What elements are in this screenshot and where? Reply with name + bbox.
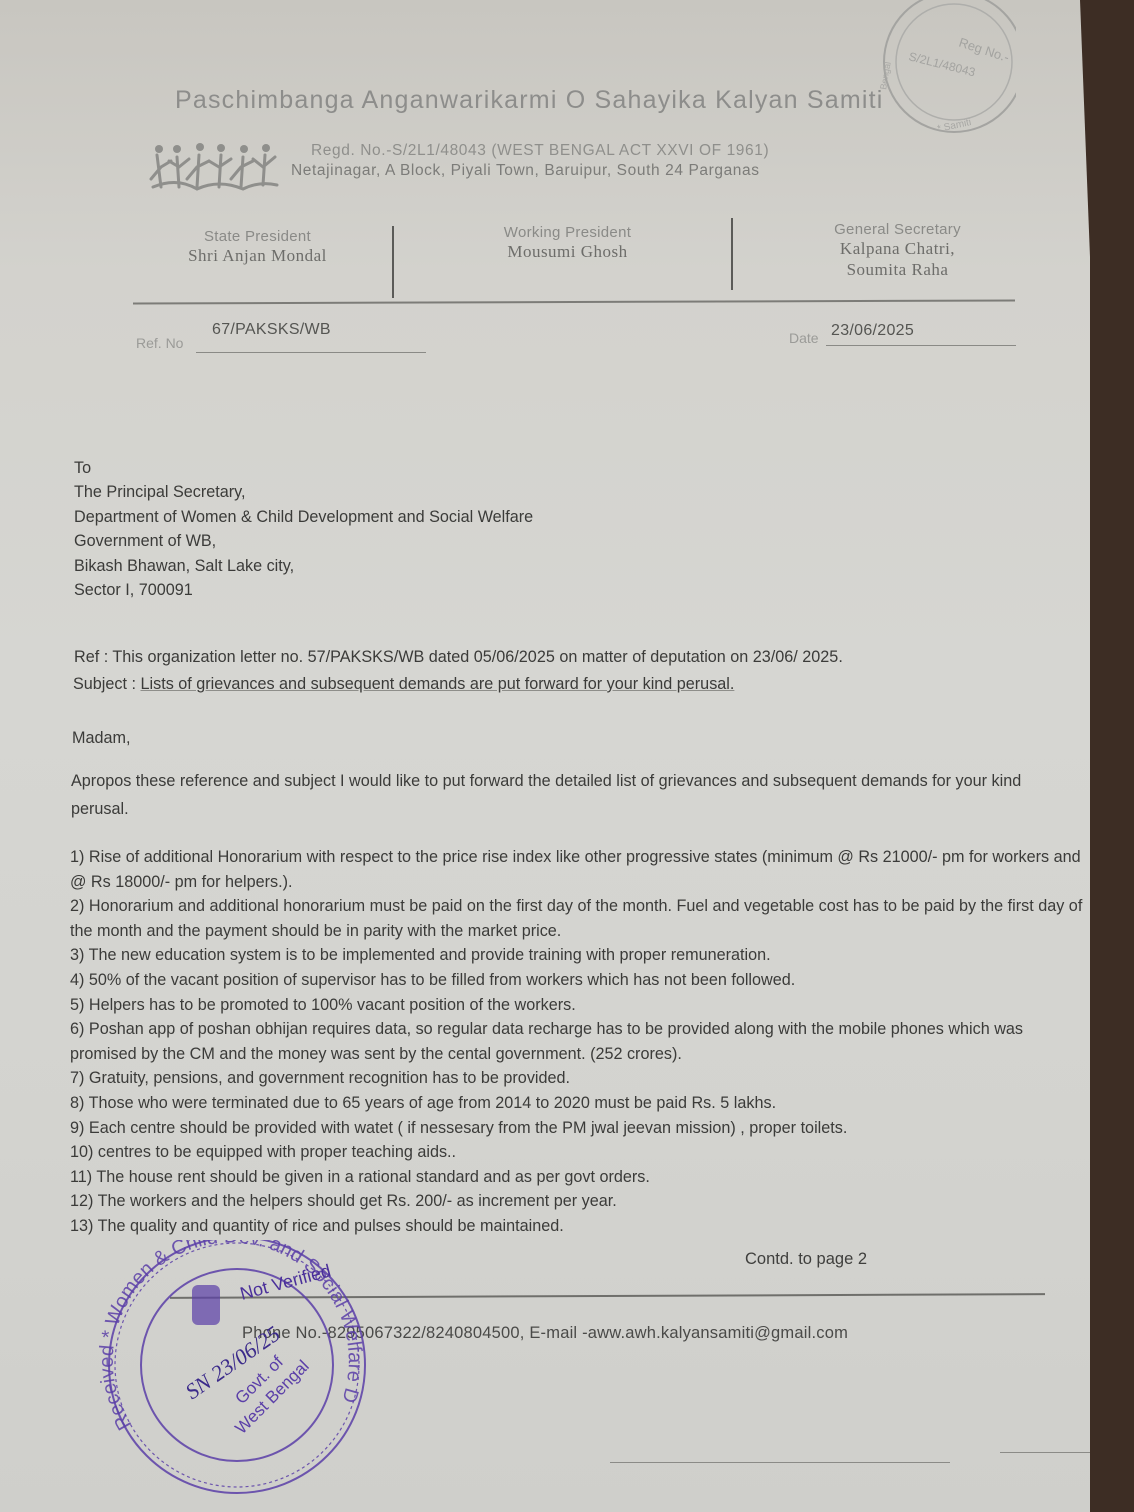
organization-name: Paschimbanga Anganwarikarmi O Sahayika K…	[175, 86, 884, 115]
demands-list: 1) Rise of additional Honorarium with re…	[70, 845, 1085, 1239]
demand-item: 13) The quality and quantity of rice and…	[70, 1214, 1085, 1239]
column-divider	[392, 226, 394, 298]
subject-text: Lists of grievances and subsequent deman…	[141, 675, 735, 693]
registration-number: Regd. No.-S/2L1/48043 (WEST BENGAL ACT X…	[311, 142, 769, 160]
subject-line: Subject : Lists of grievances and subseq…	[73, 672, 734, 696]
bottom-rule	[610, 1462, 950, 1463]
ref-underline	[196, 352, 426, 353]
demand-item: 7) Gratuity, pensions, and government re…	[70, 1066, 1085, 1091]
salutation: Madam,	[72, 726, 130, 750]
officer-name: Kalpana Chatri,	[800, 239, 995, 259]
demand-item: 10) centres to be equipped with proper t…	[70, 1140, 1085, 1165]
column-divider	[731, 218, 733, 290]
demand-item: 11) The house rent should be given in a …	[70, 1165, 1085, 1190]
continued-note: Contd. to page 2	[745, 1250, 867, 1269]
recipient-line: The Principal Secretary,	[74, 480, 533, 504]
svg-text:S/2L1/48043: S/2L1/48043	[907, 49, 977, 79]
demand-item: 4) 50% of the vacant position of supervi…	[70, 968, 1085, 993]
date-label: Date	[789, 330, 819, 346]
ref-number: 67/PAKSKS/WB	[212, 321, 331, 339]
intro-paragraph: Apropos these reference and subject I wo…	[71, 767, 1071, 823]
demand-item: 6) Poshan app of poshan obhijan requires…	[70, 1017, 1085, 1066]
officer-state-president: State President Shri Anjan Mondal	[160, 228, 355, 266]
officer-role: State President	[160, 228, 355, 245]
date-underline	[826, 345, 1016, 346]
svg-text:Not Verified: Not Verified	[238, 1260, 333, 1303]
demand-item: 5) Helpers has to be promoted to 100% va…	[70, 993, 1085, 1018]
reference-line: Ref : This organization letter no. 57/PA…	[74, 645, 843, 669]
recipient-address: To The Principal Secretary, Department o…	[74, 456, 533, 602]
officer-role: General Secretary	[800, 221, 995, 238]
dancing-figures-logo-icon	[147, 137, 282, 195]
organization-address: Netajinagar, A Block, Piyali Town, Barui…	[291, 162, 760, 180]
demand-item: 3) The new education system is to be imp…	[70, 943, 1085, 968]
ref-label: Ref. No	[136, 335, 183, 351]
recipient-line: Sector I, 700091	[74, 578, 533, 602]
organization-seal-stamp-icon: Reg No.- S/2L1/48043 Bengal * Samiti	[866, 0, 1016, 140]
bottom-rule	[1000, 1452, 1090, 1453]
demand-item: 12) The workers and the helpers should g…	[70, 1189, 1085, 1214]
officer-role: Working President	[470, 224, 665, 241]
subject-label: Subject :	[73, 675, 141, 693]
demand-item: 1) Rise of additional Honorarium with re…	[70, 845, 1085, 894]
recipient-line: To	[74, 456, 533, 480]
officer-name: Mousumi Ghosh	[470, 242, 665, 262]
demand-item: 8) Those who were terminated due to 65 y…	[70, 1091, 1085, 1116]
demand-item: 2) Honorarium and additional honorarium …	[70, 894, 1085, 943]
svg-text:Reg No.-: Reg No.-	[957, 35, 1011, 65]
recipient-line: Government of WB,	[74, 529, 533, 553]
officer-name: Soumita Raha	[800, 260, 995, 280]
recipient-line: Bikash Bhawan, Salt Lake city,	[74, 554, 533, 578]
date-value: 23/06/2025	[831, 322, 914, 340]
recipient-line: Department of Women & Child Development …	[74, 505, 533, 529]
demand-item: 9) Each centre should be provided with w…	[70, 1116, 1085, 1141]
received-department-stamp-icon: Received * Women & Child Dev. and Social…	[92, 1240, 392, 1500]
officer-working-president: Working President Mousumi Ghosh	[470, 224, 665, 262]
officer-name: Shri Anjan Mondal	[160, 246, 355, 266]
officer-general-secretary: General Secretary Kalpana Chatri, Soumit…	[800, 221, 995, 280]
